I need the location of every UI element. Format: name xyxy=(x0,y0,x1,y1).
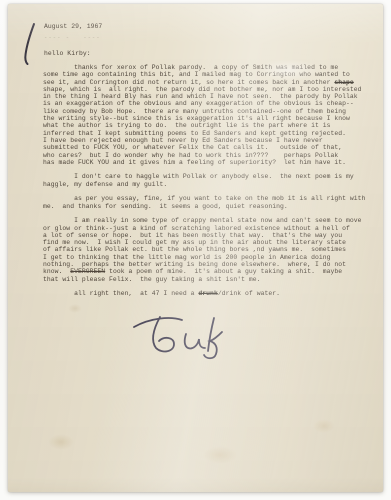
letter-date: August 29, 1967 xyxy=(44,23,102,30)
text-segment: has made FUCK YOU and it gives him a fee… xyxy=(43,159,346,166)
paper-stain xyxy=(203,446,237,464)
text-segment: find me now. I wish I could get my ass u… xyxy=(43,239,346,246)
signature-buk-icon xyxy=(130,310,242,366)
struck-word: shape xyxy=(334,79,353,86)
letter-line: nothing. perhaps the better writing is b… xyxy=(43,261,365,268)
letter-line: or glow or think--just a kind of scratch… xyxy=(43,225,365,232)
paragraph: thanks for xerox of Pollak parody. a cop… xyxy=(43,64,365,166)
letter-line: the writing style--but since this is exa… xyxy=(43,115,365,122)
letter-line: as per you essay, fine, if you want to t… xyxy=(43,195,365,202)
letter-line: me. and thanks for sending. it seems a g… xyxy=(43,203,365,210)
text-segment: or glow or think--just a kind of scratch… xyxy=(43,225,350,232)
text-segment: me. and thanks for sending. it seems a g… xyxy=(43,203,288,210)
text-segment: is an exaggeration of the obvious and an… xyxy=(43,100,354,107)
erased-text-remnant: ---- - ---- xyxy=(44,34,101,41)
paragraph: I am really in some type of crappy menta… xyxy=(43,217,365,283)
letter-salutation: hello Kirby: xyxy=(44,50,91,57)
pen-mark-icon xyxy=(22,21,38,67)
letter-line: I have been rejected enough but never by… xyxy=(43,137,365,144)
text-segment: shape, which is all right. the parody di… xyxy=(43,86,362,93)
text-segment: haggle, my defense and my guilt. xyxy=(43,181,167,188)
text-segment: took a poem of mine. it's about a guy ta… xyxy=(105,268,342,275)
text-segment: like comedy by Bob Hope. there are many … xyxy=(43,108,346,115)
letter-line: that will please Felix. the guy taking a… xyxy=(43,276,365,283)
letter-line: thanks for xerox of Pollak parody. a cop… xyxy=(43,64,365,71)
paragraph: all right then, at 47 I need a drunk/dri… xyxy=(43,290,365,297)
text-segment: the writing style--but since this is exa… xyxy=(43,115,350,122)
paper-stain xyxy=(68,304,82,313)
text-segment: inferred that I kept submitting poems to… xyxy=(43,130,346,137)
letter-line: is an exaggeration of the obvious and an… xyxy=(43,100,365,107)
letter-line: all right then, at 47 I need a drunk/dri… xyxy=(43,290,365,297)
paper-stain xyxy=(48,434,74,450)
text-segment: what the author is trying to do. the out… xyxy=(43,122,331,129)
text-segment: who cares? but I do wonder why he had to… xyxy=(43,152,338,159)
letter-line: I am really in some type of crappy menta… xyxy=(43,217,365,224)
text-segment: that will please Felix. the guy taking a… xyxy=(43,276,261,283)
letter-line: haggle, my defense and my guilt. xyxy=(43,181,365,188)
letter-line: who cares? but I do wonder why he had to… xyxy=(43,152,365,159)
letter-line: shape, which is all right. the parody di… xyxy=(43,86,365,93)
letter-line: see it, and Corrington did not return it… xyxy=(43,79,365,86)
text-segment: all right then, at 47 I need a xyxy=(43,290,198,297)
text-segment: thanks for xerox of Pollak parody. a cop… xyxy=(43,64,338,71)
text-segment: I have been rejected enough but never by… xyxy=(43,137,323,144)
text-segment: of affairs like Pollak ect. but the whol… xyxy=(43,246,346,253)
text-segment: see it, and Corrington did not return it… xyxy=(43,79,334,86)
letter-line: some time ago containing this bit, and I… xyxy=(43,71,365,78)
letter-line: has made FUCK YOU and it gives him a fee… xyxy=(43,159,365,166)
letter-line: find me now. I wish I could get my ass u… xyxy=(43,239,365,246)
letter-line: of affairs like Pollak ect. but the whol… xyxy=(43,246,365,253)
text-segment: I am really in some type of crappy menta… xyxy=(43,217,362,224)
letter-line: in the thing I heard Bly has run and whi… xyxy=(43,93,365,100)
text-segment: some time ago containing this bit, and I… xyxy=(43,71,350,78)
text-segment: know. xyxy=(43,268,70,275)
text-segment: a lot of sense or hope. but it has been … xyxy=(43,232,342,239)
letter-line: what the author is trying to do. the out… xyxy=(43,122,365,129)
magazine-title: EVERGREEN xyxy=(70,268,105,275)
text-segment: as per you essay, fine, if you want to t… xyxy=(43,195,365,202)
paragraph: as per you essay, fine, if you want to t… xyxy=(43,195,365,210)
letter-body: thanks for xerox of Pollak parody. a cop… xyxy=(43,64,365,305)
text-segment: submitted to FUCK YOU, or whatever Felix… xyxy=(43,144,342,151)
letter-line: I get to thinking that the little mag wo… xyxy=(43,254,365,261)
letter-paper: August 29, 1967 ---- - ---- hello Kirby:… xyxy=(8,4,383,492)
text-segment: I get to thinking that the little mag wo… xyxy=(43,254,331,261)
letter-line: I don't care to haggle with Pollak or an… xyxy=(43,173,365,180)
letter-line: inferred that I kept submitting poems to… xyxy=(43,130,365,137)
text-segment: nothing. perhaps the better writing is b… xyxy=(43,261,346,268)
letter-line: know. EVERGREEN took a poem of mine. it'… xyxy=(43,268,365,275)
scanned-letter: August 29, 1967 ---- - ---- hello Kirby:… xyxy=(0,0,391,500)
letter-line: a lot of sense or hope. but it has been … xyxy=(43,232,365,239)
paper-stain xyxy=(313,419,335,433)
letter-line: like comedy by Bob Hope. there are many … xyxy=(43,108,365,115)
letter-line: submitted to FUCK YOU, or whatever Felix… xyxy=(43,144,365,151)
paragraph: I don't care to haggle with Pollak or an… xyxy=(43,173,365,188)
text-segment: /drink of water. xyxy=(218,290,280,297)
text-segment: I don't care to haggle with Pollak or an… xyxy=(43,173,354,180)
struck-word: drunk xyxy=(198,290,217,297)
text-segment: in the thing I heard Bly has run and whi… xyxy=(43,93,358,100)
